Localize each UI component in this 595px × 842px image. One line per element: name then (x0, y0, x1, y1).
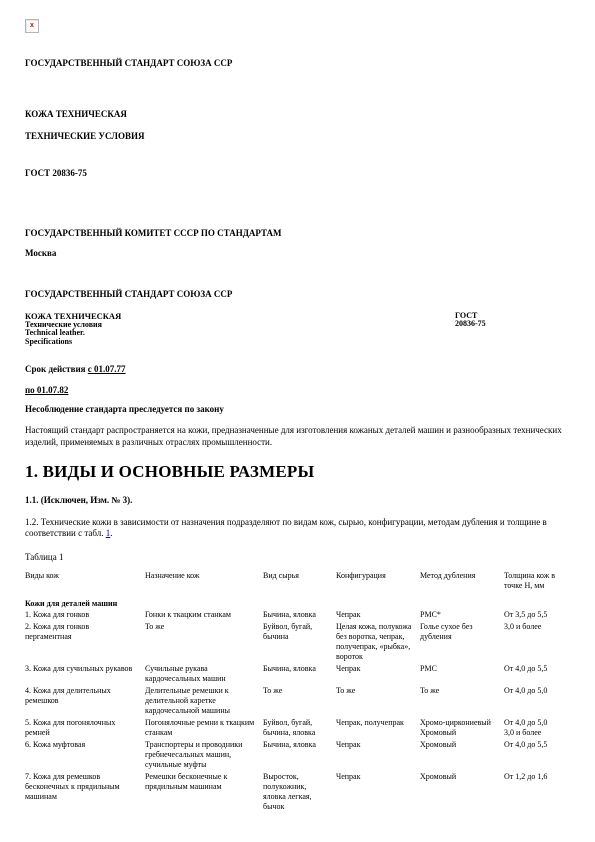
col-header-vid-syrya: Вид сырья (263, 571, 336, 599)
cell: Выросток, полукожник, яловка легкая, быч… (263, 772, 336, 814)
col-header-konfiguratsiya: Конфигурация (336, 571, 420, 599)
cell: Погонялочные ремни к ткацким станкам (145, 718, 263, 740)
clause-1-1: 1.1. (Исключен, Изм. № 3). (25, 495, 570, 505)
validity-to-link[interactable]: по 01.07.82 (25, 385, 68, 395)
cell: То же (336, 686, 420, 718)
cell: 3,0 и более (504, 622, 570, 664)
col-header-vidy-kozh: Виды кож (25, 571, 145, 599)
validity-from-link[interactable]: с 01.07.77 (88, 364, 126, 374)
cell: Бычина, яловка (263, 610, 336, 622)
col-header-naznachenie: Назначение кож (145, 571, 263, 599)
doc-subtitle: ТЕХНИЧЕСКИЕ УСЛОВИЯ (25, 131, 570, 141)
cell: РМС (420, 664, 504, 686)
clause-1-2-period: . (110, 528, 112, 538)
cell: 5. Кожа для погонялочных ремней (25, 718, 145, 740)
table-section-row: Кожи для деталей машин (25, 599, 570, 610)
table-1-caption: Таблица 1 (25, 552, 570, 562)
cell: Гонки к ткацким станкам (145, 610, 263, 622)
cell: Буйвол, бугай, бычина, яловка (263, 718, 336, 740)
section-row-label: Кожи для деталей машин (25, 599, 570, 610)
cell: 3. Кожа для сучильных рукавов (25, 664, 145, 686)
cell: Чепрак (336, 610, 420, 622)
cell: Голье сухое без дубления (420, 622, 504, 664)
section-1-heading: 1. ВИДЫ И ОСНОВНЫЕ РАЗМЕРЫ (25, 462, 570, 482)
cell: Чепрак (336, 664, 420, 686)
cell: 7. Кожа для ремешков бесконечных к пряди… (25, 772, 145, 814)
cell: То же (420, 686, 504, 718)
cell: 1. Кожа для гонков (25, 610, 145, 622)
cell: Чепрак (336, 772, 420, 814)
validity-label: Срок действия (25, 364, 88, 374)
cell: Бычина, яловка (263, 740, 336, 772)
cell: От 4,0 до 5,0 (504, 686, 570, 718)
document-page: x ГОСУДАРСТВЕННЫЙ СТАНДАРТ СОЮЗА ССР КОЖ… (0, 0, 595, 842)
cell: Чепрак, получепрак (336, 718, 420, 740)
law-notice: Несоблюдение стандарта преследуется по з… (25, 404, 570, 414)
table-row: 7. Кожа для ремешков бесконечных к пряди… (25, 772, 570, 814)
subtitle-en: Specifications (25, 338, 121, 346)
table-row: 4. Кожа для делительных ремешков Делител… (25, 686, 570, 718)
cell: 4. Кожа для делительных ремешков (25, 686, 145, 718)
table-row: 1. Кожа для гонков Гонки к ткацким станк… (25, 610, 570, 622)
cell: Целая кожа, полукожа без воротка, чепрак… (336, 622, 420, 664)
table-1: Виды кож Назначение кож Вид сырья Конфиг… (25, 571, 570, 814)
cell: То же (145, 622, 263, 664)
cell: Бычина, яловка (263, 664, 336, 686)
title-block-left: КОЖА ТЕХНИЧЕСКАЯ Технические условия Tec… (25, 312, 121, 346)
cell: От 3,5 до 5,5 (504, 610, 570, 622)
committee-name: ГОСУДАРСТВЕННЫЙ КОМИТЕТ СССР ПО СТАНДАРТ… (25, 228, 570, 238)
cell: Делительные ремешки к делительной каретк… (145, 686, 263, 718)
validity-from-line: Срок действия с 01.07.77 (25, 364, 570, 374)
table-row: 6. Кожа муфтовая Транспортеры и проводни… (25, 740, 570, 772)
city: Москва (25, 248, 570, 258)
cell: От 4,0 до 5,0 3,0 и более (504, 718, 570, 740)
cell: Хромовый (420, 740, 504, 772)
table-header-row: Виды кож Назначение кож Вид сырья Конфиг… (25, 571, 570, 599)
clause-1-2-text: 1.2. Технические кожи в зависимости от н… (25, 517, 547, 538)
org-header-top: ГОСУДАРСТВЕННЫЙ СТАНДАРТ СОЮЗА ССР (25, 58, 570, 68)
col-header-tolshchina: Толщина кож в точке Н, мм (504, 571, 570, 599)
cell: Буйвол, бугай, бычина (263, 622, 336, 664)
cell: Сучильные рукава кардочесальных машин (145, 664, 263, 686)
cell: 6. Кожа муфтовая (25, 740, 145, 772)
gost-num: 20836-75 (455, 320, 570, 328)
table-row: 5. Кожа для погонялочных ремней Погоняло… (25, 718, 570, 740)
cell: 2. Кожа для гонков пергаментная (25, 622, 145, 664)
broken-image-icon: x (25, 19, 39, 33)
title-block: КОЖА ТЕХНИЧЕСКАЯ Технические условия Tec… (25, 312, 570, 346)
doc-title: КОЖА ТЕХНИЧЕСКАЯ (25, 109, 570, 119)
cell: РМС* (420, 610, 504, 622)
clause-1-2: 1.2. Технические кожи в зависимости от н… (25, 517, 570, 540)
cell: От 4,0 до 5,5 (504, 664, 570, 686)
validity-to-line: по 01.07.82 (25, 385, 570, 395)
cell: От 1,2 до 1,6 (504, 772, 570, 814)
cell: Ремешки бесконечные к прядильным машинам (145, 772, 263, 814)
cell: Чепрак (336, 740, 420, 772)
cell: То же (263, 686, 336, 718)
table-row: 2. Кожа для гонков пергаментная То же Бу… (25, 622, 570, 664)
col-header-metod-dubleniya: Метод дубления (420, 571, 504, 599)
cell: От 4,0 до 5,5 (504, 740, 570, 772)
org-header-repeat: ГОСУДАРСТВЕННЫЙ СТАНДАРТ СОЮЗА ССР (25, 289, 570, 299)
gost-number: ГОСТ 20836-75 (25, 168, 570, 178)
table-row: 3. Кожа для сучильных рукавов Сучильные … (25, 664, 570, 686)
intro-paragraph: Настоящий стандарт распространяется на к… (25, 425, 570, 448)
cell: Транспортеры и проводники гребнечесальны… (145, 740, 263, 772)
cell: Хромовый (420, 772, 504, 814)
gost-designation: ГОСТ 20836-75 (455, 312, 570, 346)
cell: Хромо-циркониевый Хромовый (420, 718, 504, 740)
